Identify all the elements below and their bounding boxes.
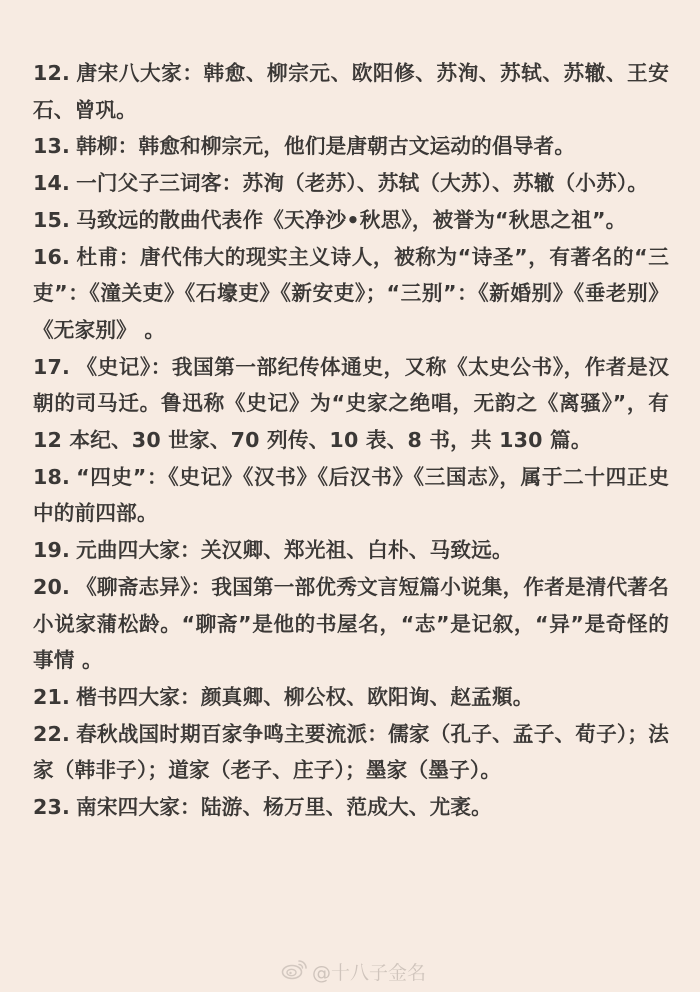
list-item-15: 15.马致远的散曲代表作《天净沙•秋思》，被誉为“秋思之祖”。 <box>33 202 669 239</box>
item-number: 15. <box>33 208 70 232</box>
watermark-text: @十八子金名 <box>312 958 426 985</box>
list-item-22: 22.春秋战国时期百家争鸣主要流派：儒家（孔子、孟子、荀子）；法家（韩非子）；道… <box>33 716 669 789</box>
item-number: 23. <box>33 795 70 819</box>
item-text: 唐宋八大家：韩愈、柳宗元、欧阳修、苏洵、苏轼、苏辙、王安石、曾巩。 <box>33 61 669 122</box>
item-number: 22. <box>33 722 70 746</box>
item-number: 19. <box>33 538 70 562</box>
item-text: 马致远的散曲代表作《天净沙•秋思》，被誉为“秋思之祖”。 <box>76 208 626 232</box>
item-text: 《史记》：我国第一部纪传体通史，又称《太史公书》，作者是汉朝的司马迁。鲁迅称《史… <box>33 355 669 452</box>
item-number: 17. <box>33 355 70 379</box>
item-text: 《聊斋志异》：我国第一部优秀文言短篇小说集，作者是清代著名小说家蒲松龄。“聊斋”… <box>33 575 669 672</box>
list-item-23: 23.南宋四大家：陆游、杨万里、范成大、尤袤。 <box>33 789 669 826</box>
item-number: 18. <box>33 465 70 489</box>
list-item-14: 14.一门父子三词客：苏洵（老苏）、苏轼（大苏）、苏辙（小苏）。 <box>33 165 669 202</box>
document-body: 12.唐宋八大家：韩愈、柳宗元、欧阳修、苏洵、苏轼、苏辙、王安石、曾巩。 13.… <box>33 55 669 826</box>
list-item-18: 18.“四史”：《史记》《汉书》《后汉书》《三国志》，属于二十四正史中的前四部。 <box>33 459 669 532</box>
item-text: 南宋四大家：陆游、杨万里、范成大、尤袤。 <box>76 795 492 819</box>
list-item-16: 16.杜甫：唐代伟大的现实主义诗人，被称为“诗圣”，有著名的“三吏”：《潼关吏》… <box>33 239 669 349</box>
item-text: 杜甫：唐代伟大的现实主义诗人，被称为“诗圣”，有著名的“三吏”：《潼关吏》《石壕… <box>33 245 669 342</box>
item-number: 12. <box>33 61 70 85</box>
item-number: 13. <box>33 134 70 158</box>
list-item-13: 13.韩柳：韩愈和柳宗元，他们是唐朝古文运动的倡导者。 <box>33 128 669 165</box>
list-item-12: 12.唐宋八大家：韩愈、柳宗元、欧阳修、苏洵、苏轼、苏辙、王安石、曾巩。 <box>33 55 669 128</box>
item-text: 一门父子三词客：苏洵（老苏）、苏轼（大苏）、苏辙（小苏）。 <box>76 171 648 195</box>
item-text: 楷书四大家：颜真卿、柳公权、欧阳询、赵孟頫。 <box>76 685 533 709</box>
item-text: 韩柳：韩愈和柳宗元，他们是唐朝古文运动的倡导者。 <box>76 134 575 158</box>
item-number: 20. <box>33 575 70 599</box>
weibo-logo-icon <box>281 957 312 986</box>
item-number: 21. <box>33 685 70 709</box>
list-item-17: 17.《史记》：我国第一部纪传体通史，又称《太史公书》，作者是汉朝的司马迁。鲁迅… <box>33 349 669 459</box>
list-item-19: 19.元曲四大家：关汉卿、郑光祖、白朴、马致远。 <box>33 532 669 569</box>
item-number: 14. <box>33 171 70 195</box>
item-text: “四史”：《史记》《汉书》《后汉书》《三国志》，属于二十四正史中的前四部。 <box>33 465 669 526</box>
item-text: 春秋战国时期百家争鸣主要流派：儒家（孔子、孟子、荀子）；法家（韩非子）；道家（老… <box>33 722 669 783</box>
item-text: 元曲四大家：关汉卿、郑光祖、白朴、马致远。 <box>76 538 513 562</box>
list-item-21: 21.楷书四大家：颜真卿、柳公权、欧阳询、赵孟頫。 <box>33 679 669 716</box>
list-item-20: 20.《聊斋志异》：我国第一部优秀文言短篇小说集，作者是清代著名小说家蒲松龄。“… <box>33 569 669 679</box>
watermark: @十八子金名 <box>281 958 426 984</box>
item-number: 16. <box>33 245 70 269</box>
